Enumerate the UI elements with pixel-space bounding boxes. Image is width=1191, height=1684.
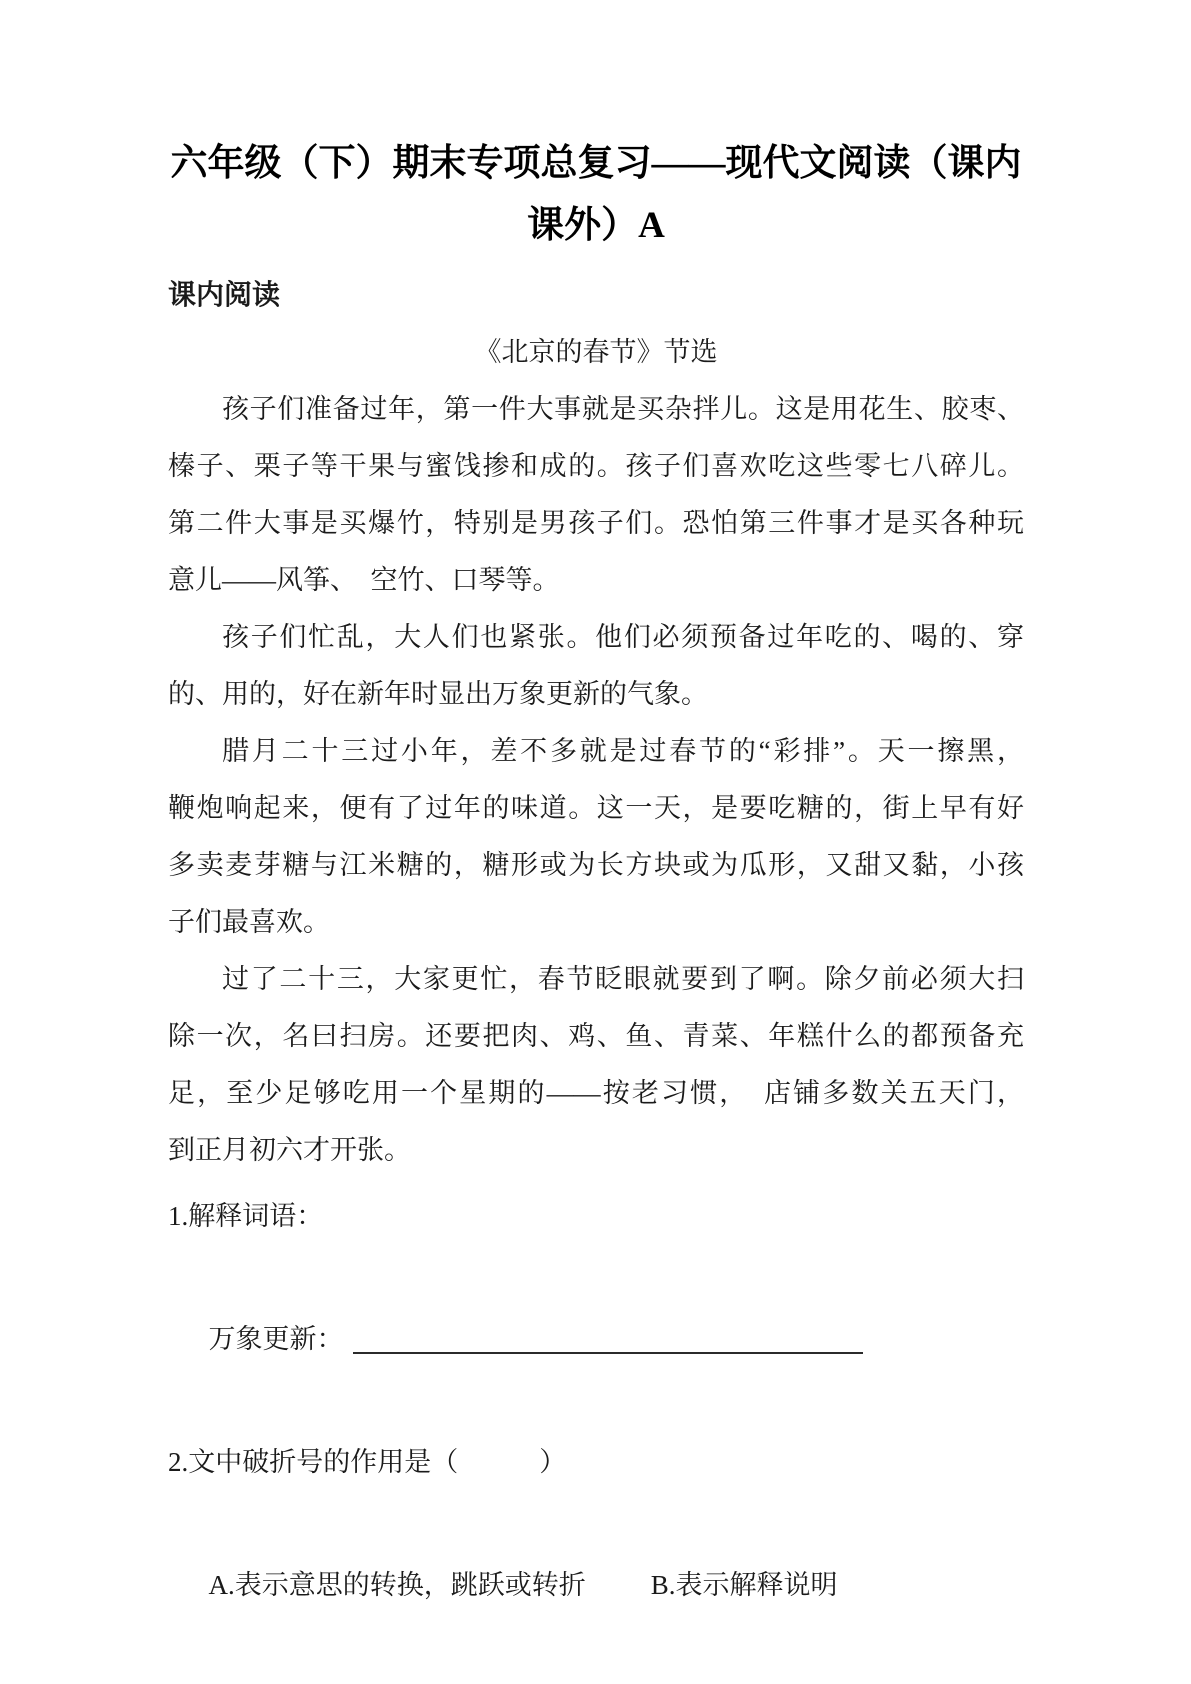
passage-line: 孩子们准备过年，第一件大事就是买杂拌儿。这是用花生、胶枣、 [168, 381, 1024, 438]
passage-line: 孩子们忙乱，大人们也紧张。他们必须预备过年吃的、喝的、穿 [168, 609, 1024, 666]
question-1-blank-row: 万象更新： [168, 1254, 1024, 1425]
passage-line: 第二件大事是买爆竹，特别是男孩子们。恐怕第三件事才是买各种玩 [168, 495, 1024, 552]
passage-paragraph-4: 过了二十三，大家更忙，春节眨眼就要到了啊。除夕前必须大扫 除一次，名曰扫房。还要… [168, 951, 1024, 1179]
title-line-2: 课外）A [168, 195, 1024, 257]
question-2-option-a: A.表示意思的转换，跳跃或转折 [209, 1570, 586, 1600]
passage-line: 意儿——风筝、 空竹、口琴等。 [168, 552, 1024, 609]
document-title: 六年级（下）期末专项总复习——现代文阅读（课内 课外）A [168, 133, 1024, 257]
passage-paragraph-2: 孩子们忙乱，大人们也紧张。他们必须预备过年吃的、喝的、穿 的、用的，好在新年时显… [168, 609, 1024, 723]
passage-line: 除一次，名曰扫房。还要把肉、鸡、鱼、青菜、年糕什么的都预备充 [168, 1008, 1024, 1065]
passage-paragraph-1: 孩子们准备过年，第一件大事就是买杂拌儿。这是用花生、胶枣、 榛子、栗子等干果与蜜… [168, 381, 1024, 609]
passage-line: 子们最喜欢。 [168, 894, 1024, 951]
passage-line: 榛子、栗子等干果与蜜饯掺和成的。孩子们喜欢吃这些零七八碎儿。 [168, 438, 1024, 495]
passage-line: 鞭炮响起来，便有了过年的味道。这一天，是要吃糖的，街上早有好 [168, 780, 1024, 837]
document-page: 六年级（下）期末专项总复习——现代文阅读（课内 课外）A 课内阅读 《北京的春节… [0, 0, 1191, 1684]
passage-line: 多卖麦芽糖与江米糖的，糖形或为长方块或为瓜形，又甜又黏，小孩 [168, 837, 1024, 894]
title-line-1: 六年级（下）期末专项总复习——现代文阅读（课内 [168, 133, 1024, 195]
question-1-label: 1.解释词语： [168, 1188, 1024, 1245]
passage-line: 到正月初六才开张。 [168, 1122, 1024, 1179]
question-2: 2.文中破折号的作用是（ ） [168, 1434, 1024, 1491]
passage-line: 过了二十三，大家更忙，春节眨眼就要到了啊。除夕前必须大扫 [168, 951, 1024, 1008]
section-heading: 课内阅读 [168, 267, 1024, 324]
question-2-option-b: B.表示解释说明 [651, 1570, 838, 1600]
passage-line: 足，至少足够吃用一个星期的——按老习惯， 店铺多数关五天门， [168, 1065, 1024, 1122]
answer-blank-line [353, 1318, 863, 1354]
document-content: 六年级（下）期末专项总复习——现代文阅读（课内 课外）A 课内阅读 《北京的春节… [168, 133, 1024, 1671]
passage-paragraph-3: 腊月二十三过小年，差不多就是过春节的“彩排”。天一擦黑， 鞭炮响起来，便有了过年… [168, 723, 1024, 951]
question-1-term: 万象更新： [209, 1324, 344, 1354]
passage-line: 的、用的，好在新年时显出万象更新的气象。 [168, 666, 1024, 723]
passage-line: 腊月二十三过小年，差不多就是过春节的“彩排”。天一擦黑， [168, 723, 1024, 780]
question-2-options: A.表示意思的转换，跳跃或转折B.表示解释说明 [168, 1500, 1024, 1671]
passage-title: 《北京的春节》节选 [168, 324, 1024, 381]
